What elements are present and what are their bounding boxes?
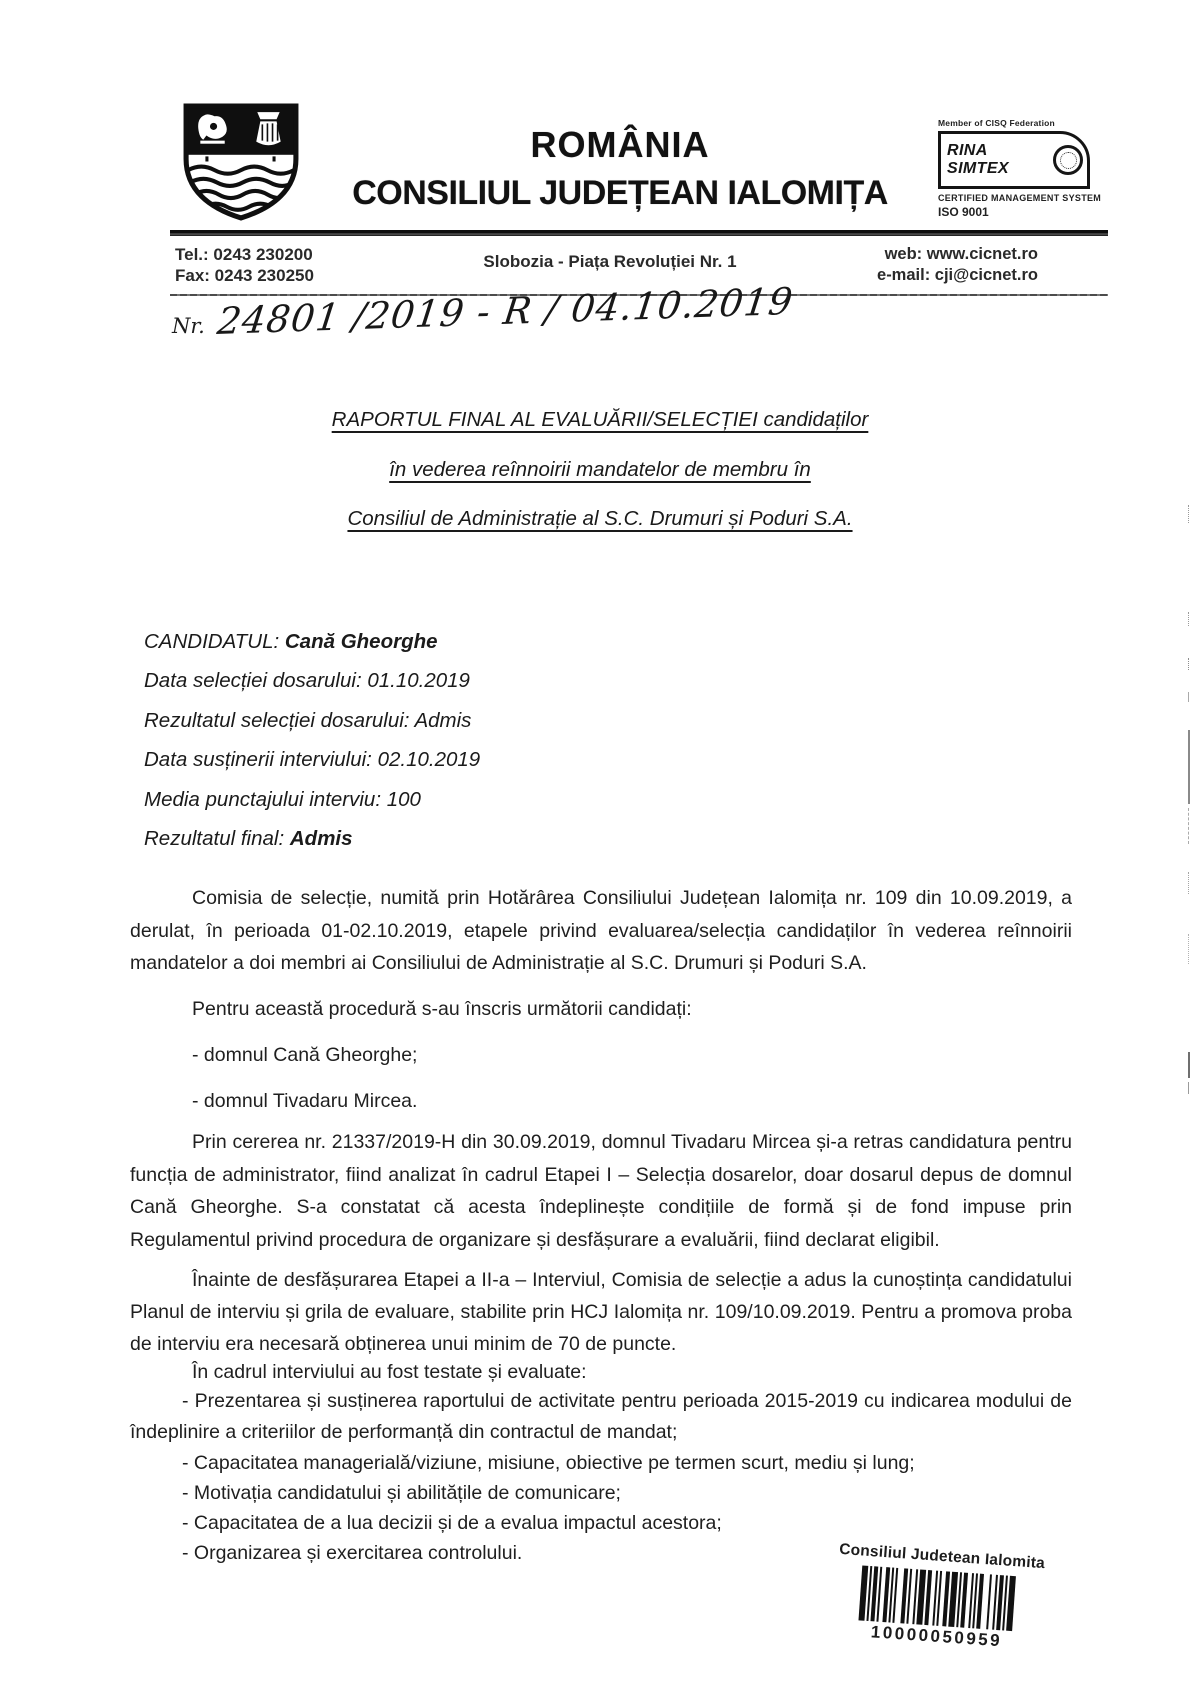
cert-logo-box: RINA SIMTEX [938,131,1090,189]
cert-iso-text: ISO 9001 [938,205,1110,219]
scan-artifact [1188,692,1189,702]
criteria-item-1: - Prezentarea și susținerea raportului d… [130,1386,1072,1448]
barcode-icon [853,1565,1024,1632]
contact-fax: Fax: 0243 230250 [175,265,314,286]
list-item-candidate-2: - domnul Tivadaru Mircea. [192,1085,792,1118]
contact-phone-block: Tel.: 0243 230200 Fax: 0243 230250 [175,244,314,286]
registration-line: Nr. 24801 /2019 - R / 04.10.2019 [172,300,791,343]
candidate-summary: CANDIDATUL: Cană Gheorghe Data selecției… [144,630,480,866]
contact-email: e-mail: cji@cicnet.ro [838,265,1038,286]
scan-artifact [1188,934,1189,964]
criteria-item-3: - Motivația candidatului și abilitățile … [130,1477,1072,1510]
scan-artifact [1188,658,1189,670]
registration-label: Nr. [172,314,205,338]
paragraph-commission: Comisia de selecție, numită prin Hotărâr… [130,882,1072,980]
candidate-field: Media punctajului interviu: 100 [144,788,480,827]
cert-system-text: CERTIFIED MANAGEMENT SYSTEM [938,193,1110,203]
scan-artifact [1188,808,1189,844]
certification-block: Member of CISQ Federation RINA SIMTEX CE… [938,118,1110,219]
report-title: RAPORTUL FINAL AL EVALUĂRII/SELECȚIEI ca… [150,408,1050,557]
contact-web-block: web: www.cicnet.ro e-mail: cji@cicnet.ro [838,244,1038,286]
paragraph-interview-stage: Înainte de desfășurarea Etapei a II-a – … [130,1264,1072,1360]
scan-artifact [1188,1082,1189,1094]
paragraph-enrolled: Pentru această procedură s-au înscris ur… [130,993,1072,1026]
report-title-line-3: Consiliul de Administrație al S.C. Drumu… [150,507,1050,531]
candidate-field: Data selecției dosarului: 01.10.2019 [144,669,480,708]
country-title: ROMÂNIA [300,124,940,166]
institution-title: CONSILIUL JUDEȚEAN IALOMIȚA [300,174,940,213]
registration-number-handwritten: 24801 /2019 - R / 04.10.2019 [215,280,796,343]
header-rule-thick [170,230,1108,236]
scan-artifact [1188,730,1190,804]
paragraph-interview-intro: În cadrul interviului au fost testate și… [130,1356,1072,1389]
scan-artifact [1188,1052,1190,1078]
criteria-item-4: - Capacitatea de a lua decizii și de a e… [130,1507,1072,1540]
report-title-line-2: în vederea reînnoirii mandatelor de memb… [150,458,1050,482]
ialomita-coat-of-arms-icon [178,102,304,222]
contact-web: web: www.cicnet.ro [838,244,1038,265]
scan-artifact [1188,505,1189,523]
candidate-field: CANDIDATUL: Cană Gheorghe [144,630,480,669]
scan-artifact [1188,612,1189,626]
scan-artifact [1188,872,1189,894]
list-item-candidate-1: - domnul Cană Gheorghe; [192,1039,792,1072]
candidate-field: Rezultatul final: Admis [144,827,480,866]
letterhead-titles: ROMÂNIA CONSILIUL JUDEȚEAN IALOMIȚA [300,124,940,213]
candidate-field: Data susținerii interviului: 02.10.2019 [144,748,480,787]
criteria-item-2: - Capacitatea managerială/viziune, misiu… [130,1447,1072,1480]
contact-tel: Tel.: 0243 230200 [175,244,314,265]
paragraph-withdrawal: Prin cererea nr. 21337/2019-H din 30.09.… [130,1126,1072,1256]
contact-address: Slobozia - Piața Revoluției Nr. 1 [400,252,820,272]
registry-barcode-stamp: Consiliul Judetean Ialomita 10000050959 [821,1540,1057,1655]
cert-seal-icon [1053,145,1083,175]
scanned-document-page: ROMÂNIA CONSILIUL JUDEȚEAN IALOMIȚA Memb… [0,0,1200,1694]
report-title-line-1: RAPORTUL FINAL AL EVALUĂRII/SELECȚIEI ca… [150,408,1050,432]
cert-brand-text: RINA SIMTEX [947,142,1053,178]
candidate-field: Rezultatul selecției dosarului: Admis [144,709,480,748]
cert-member-text: Member of CISQ Federation [938,118,1110,128]
